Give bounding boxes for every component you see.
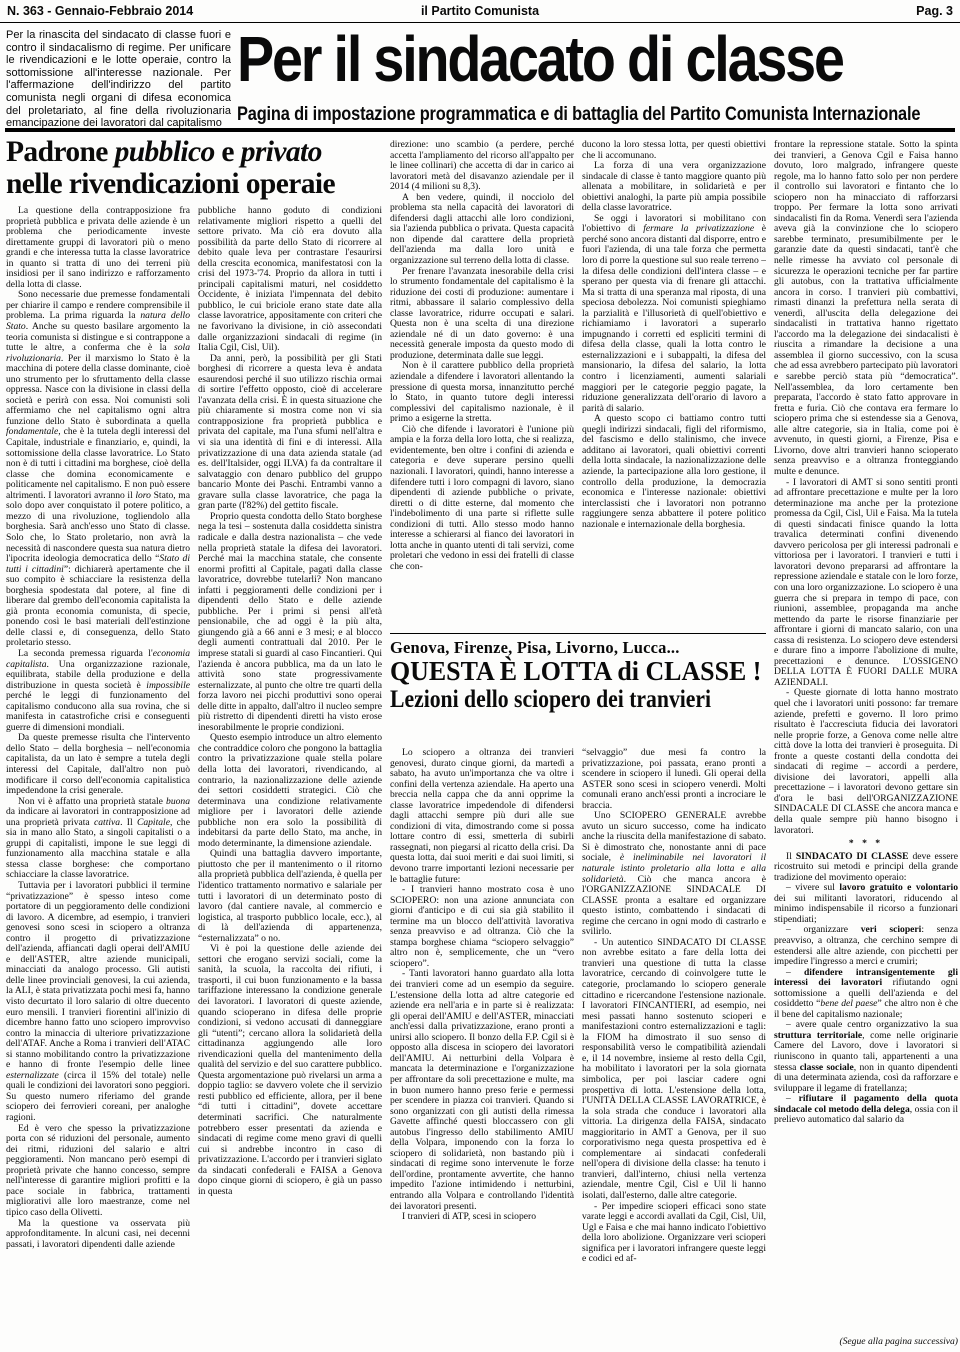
article2-column-3: frontare la repressione statale. Sotto l… — [774, 140, 958, 1348]
paragraph: A ben vedere, quindi, il nocciolo del pr… — [390, 193, 574, 267]
article2-kicker: Genova, Firenze, Pisa, Livorno, Lucca... — [390, 639, 766, 657]
paragraph: frontare la repressione statale. Sotto l… — [774, 140, 958, 478]
paragraph: A questo scopo ci battiamo contro tutti … — [582, 414, 766, 530]
newspaper-page: N. 363 - Gennaio-Febbraio 2014 il Partit… — [0, 0, 960, 1352]
main-headline: Per il sindacato di classe — [237, 22, 862, 96]
paragraph: La forza di una vera organizzazione sind… — [582, 161, 766, 214]
paragraph: – rifiutare il pagamento della quota sin… — [774, 1094, 958, 1126]
article2-subtitle: Lezioni dello sciopero dei tranvieri — [390, 685, 710, 713]
article1-title-line1: Padrone pubblico e privato — [6, 137, 386, 169]
paragraph: - Queste giornate di lotta hanno mostrat… — [774, 688, 958, 836]
paragraph: Uno SCIOPERO GENERALE avrebbe avuto un s… — [582, 811, 766, 938]
article1-title: Padrone pubblico e privato nelle rivendi… — [6, 137, 386, 200]
paragraph: pubbliche hanno goduto di condizioni rel… — [198, 206, 382, 354]
paragraph: – vivere sul lavoro gratuito e volontari… — [774, 883, 958, 925]
paragraph: – difendere intransigentemente gli inter… — [774, 968, 958, 1021]
paragraph: “selvaggio” due mesi fa contro la privat… — [582, 748, 766, 811]
paragraph: Da anni, però, la possibilità per gli St… — [198, 354, 382, 512]
paragraph: - I tranvieri hanno mostrato cosa è uno … — [390, 885, 574, 969]
article2-title: QUESTA È LOTTA di CLASSE ! — [390, 657, 751, 685]
paragraph: Non è il carattere pubblico della propri… — [390, 361, 574, 424]
banner: Per il sindacato di classe Pagina di imp… — [237, 22, 955, 125]
paragraph: (Segue alla pagina successiva) — [774, 1332, 958, 1348]
paragraph: - Per impedire scioperi efficaci sono st… — [582, 1202, 766, 1265]
article1-column-2: pubbliche hanno goduto di condizioni rel… — [198, 206, 382, 1348]
article2-column-2: “selvaggio” due mesi fa contro la privat… — [582, 748, 766, 1350]
paragraph: direzione: uno scambio (a perdere, perch… — [390, 140, 574, 193]
paragraph: Ciò che difende i lavoratori è l'unione … — [390, 425, 574, 573]
paragraph: Il SINDACATO DI CLASSE deve essere ricos… — [774, 852, 958, 884]
paragraph: – avere quale centro organizzativo la su… — [774, 1020, 958, 1094]
paragraph: ducono la loro stessa lotta, per questi … — [582, 140, 766, 161]
masthead-slogan: Per la rinascita del sindacato di classe… — [6, 29, 231, 130]
article1-column-1: La questione della contrapposizione fra … — [6, 206, 190, 1348]
article1-title-line2: nelle rivendicazioni operaie — [6, 169, 386, 201]
paragraph: La seconda premessa riguarda l'economia … — [6, 649, 190, 733]
paragraph: * * * — [774, 836, 958, 852]
paragraph: Questo esempio introduce un altro elemen… — [198, 733, 382, 849]
paragraph: Da queste premesse risulta che l'interve… — [6, 733, 190, 796]
article1-column-3: direzione: uno scambio (a perdere, perch… — [390, 140, 574, 630]
paragraph: – organizzare veri scioperi: senza preav… — [774, 925, 958, 967]
banner-divider — [5, 128, 955, 132]
paragraph: Quindi una battaglia davvero importante,… — [198, 849, 382, 944]
paragraph: Proprio questa condotta dello Stato borg… — [198, 512, 382, 733]
article1-column-4: ducono la loro stessa lotta, per questi … — [582, 140, 766, 630]
paragraph: Vi è poi la questione delle aziende dei … — [198, 944, 382, 1197]
page-header: N. 363 - Gennaio-Febbraio 2014 il Partit… — [7, 4, 953, 18]
paragraph: Ma la questione va osservata più approfo… — [6, 1219, 190, 1251]
paragraph: Non vi è affatto una proprietà statale b… — [6, 797, 190, 881]
paragraph: Se oggi i lavoratori si mobilitano con l… — [582, 214, 766, 414]
paragraph: I tranvieri di ATP, scesi in sciopero — [390, 1212, 574, 1223]
paragraph: Ed è vero che spesso la privatizzazione … — [6, 1124, 190, 1219]
paragraph: - I lavoratori di AMT si sono sentiti pr… — [774, 478, 958, 689]
paragraph: - Un autentico SINDACATO DI CLASSE non a… — [582, 938, 766, 1202]
banner-subtitle: Pagina di impostazione programmatica e d… — [237, 103, 840, 125]
paper-title: il Partito Comunista — [7, 4, 953, 18]
article2-heading: Genova, Firenze, Pisa, Livorno, Lucca...… — [390, 633, 766, 713]
paragraph: Lo sciopero a oltranza dei tranvieri gen… — [390, 748, 574, 885]
article2-column-1: Lo sciopero a oltranza dei tranvieri gen… — [390, 748, 574, 1350]
paragraph: Per frenare l'avanzata inesorabile della… — [390, 267, 574, 362]
paragraph: Sono necessarie due premesse fondamental… — [6, 290, 190, 649]
paragraph: Tuttavia per i lavoratori pubblici il te… — [6, 881, 190, 1124]
paragraph: - Tanti lavoratori hanno guardato alla l… — [390, 969, 574, 1212]
paragraph: La questione della contrapposizione fra … — [6, 206, 190, 290]
